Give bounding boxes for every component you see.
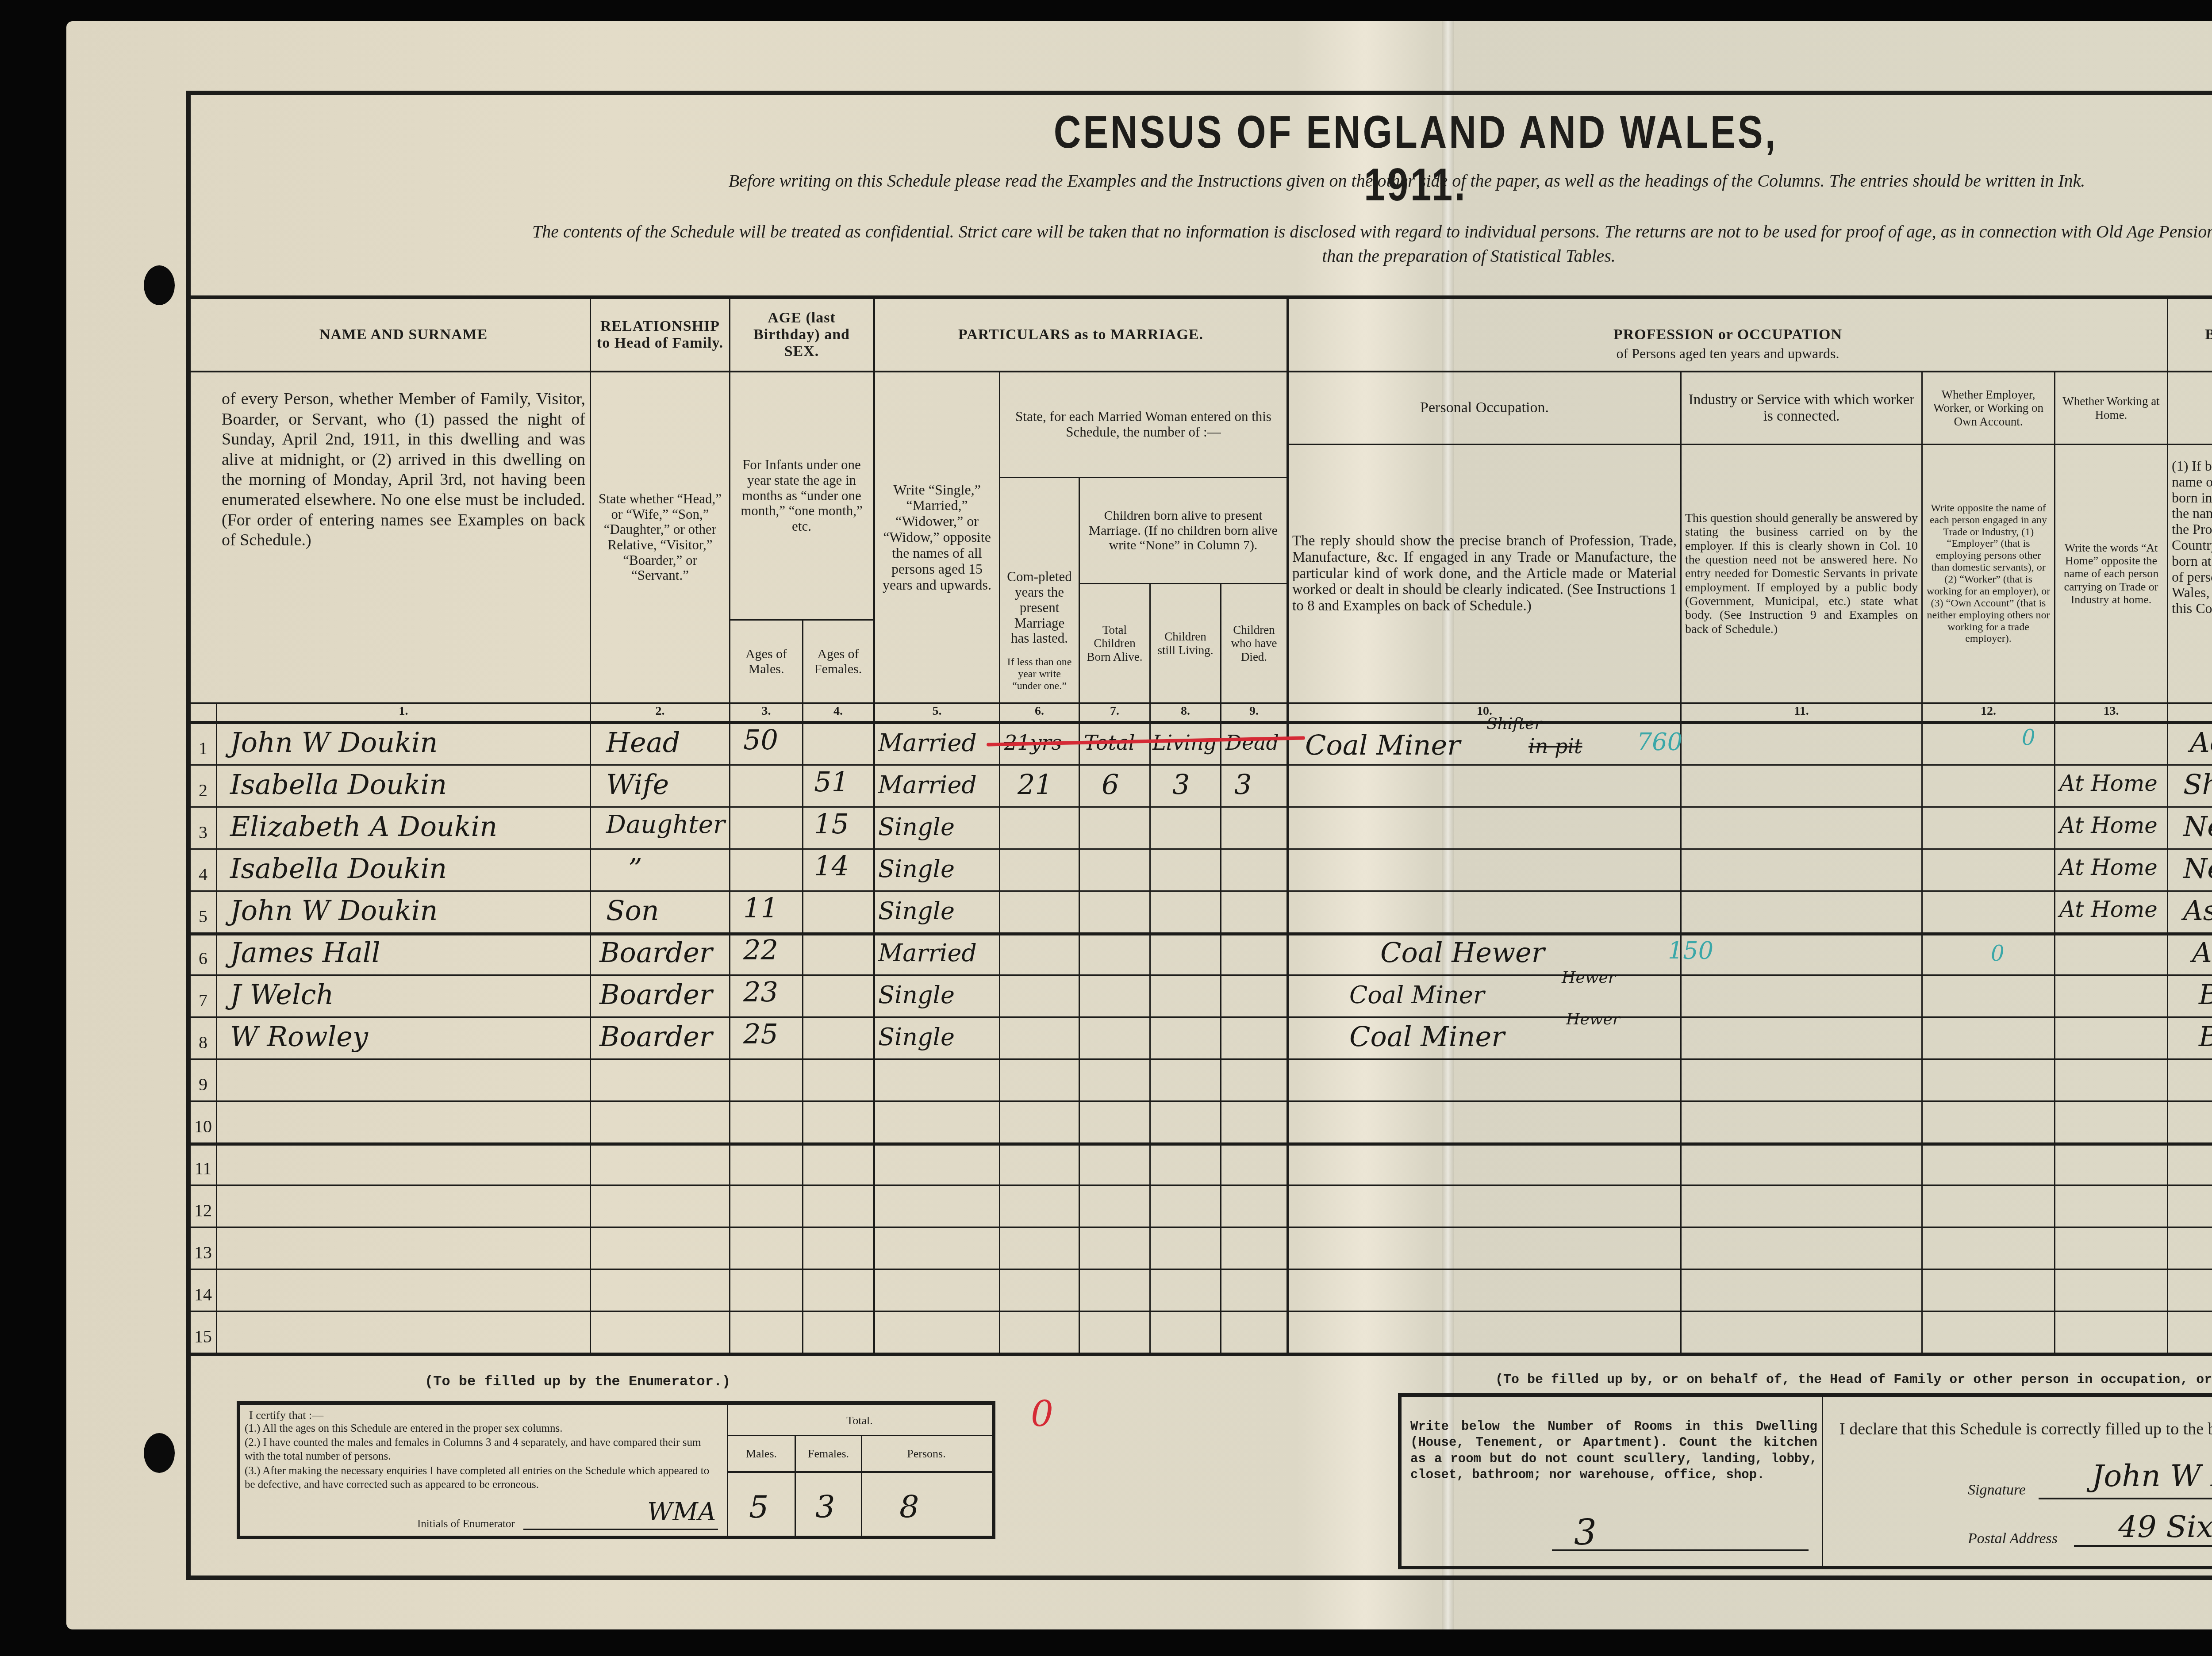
row2-at-home: At Home bbox=[2059, 770, 2158, 796]
col6-detail: Com-pleted years the present Marriage ha… bbox=[1000, 478, 1079, 646]
row7-occupation: Coal Miner bbox=[1349, 981, 1485, 1009]
col-number-13: 13. bbox=[2055, 704, 2167, 720]
row-rule bbox=[190, 1227, 2212, 1228]
row3-name: Elizabeth A Doukin bbox=[230, 810, 497, 843]
row5-marital: Single bbox=[878, 897, 955, 925]
row8-birthplace: Berwick bbox=[2199, 1020, 2212, 1053]
row1-died: Dead bbox=[1225, 731, 1279, 755]
declaration: I declare that this Schedule is correctl… bbox=[1839, 1419, 2212, 1440]
initials-label: Initials of Enumerator bbox=[417, 1517, 515, 1531]
col2-heading: RELATIONSHIP to Head of Family. bbox=[591, 299, 729, 371]
confidential-line-1: The contents of the Schedule will be tre… bbox=[212, 221, 2212, 242]
row5-birthplace: Ashington bbox=[2183, 894, 2212, 927]
row-number-9: 9 bbox=[190, 1074, 216, 1095]
row-rule bbox=[190, 1184, 2212, 1186]
page-title: CENSUS OF ENGLAND AND WALES, 1911. bbox=[1017, 106, 1815, 211]
col-number-2: 2. bbox=[591, 704, 729, 720]
row-number-2: 2 bbox=[190, 780, 216, 801]
rooms-instruction: Write below the Number of Rooms in this … bbox=[1410, 1419, 1817, 1483]
row-rule bbox=[190, 890, 2212, 892]
row-rule bbox=[190, 1016, 2212, 1018]
col-number-5: 5. bbox=[875, 704, 999, 720]
col-number-10: 10. bbox=[1289, 704, 1680, 720]
col3-4-detail: For Infants under one year state the age… bbox=[730, 372, 873, 619]
data-top-rule bbox=[186, 721, 2212, 724]
certify-item-2: (2.) I have counted the males and female… bbox=[245, 1436, 722, 1464]
enumerator-box: I certify that :— (1.) All the ages on t… bbox=[237, 1401, 995, 1539]
row8-age-male: 25 bbox=[743, 1018, 778, 1050]
enumerator-heading: (To be filled up by the Enumerator.) bbox=[425, 1373, 730, 1390]
row8-name: W Rowley bbox=[230, 1020, 368, 1053]
col10-title: Personal Occupation. bbox=[1289, 372, 1680, 444]
males-total: 5 bbox=[749, 1489, 769, 1525]
row6-relationship: Boarder bbox=[599, 936, 713, 969]
certify-intro: I certify that :— bbox=[249, 1408, 323, 1423]
row-number-4: 4 bbox=[190, 864, 216, 885]
persons-label: Persons. bbox=[862, 1447, 991, 1461]
rownum-divider bbox=[216, 704, 217, 1353]
col6-note: If less than one year write “under one.” bbox=[1000, 646, 1079, 702]
row1-occupation-struck: in pit bbox=[1528, 734, 1582, 758]
row2-birthplace: Sheepwash bbox=[2183, 768, 2212, 801]
row1-enumerator-code: 760 bbox=[1637, 728, 1682, 756]
row7-age-male: 23 bbox=[743, 976, 778, 1008]
row-number-10: 10 bbox=[190, 1116, 216, 1137]
row-rule bbox=[190, 932, 2212, 935]
col-number-3: 3. bbox=[730, 704, 802, 720]
col5-detail: Write “Single,” “Married,” “Widower,” or… bbox=[875, 372, 999, 702]
row-rule bbox=[190, 806, 2212, 808]
head-section-divider bbox=[1822, 1397, 1823, 1566]
totals-rule-1 bbox=[728, 1435, 992, 1436]
col13-detail: Write the words “At Home” opposite the n… bbox=[2055, 445, 2167, 702]
col10-detail: The reply should show the precise branch… bbox=[1289, 445, 1680, 702]
col13-title: Whether Working at Home. bbox=[2055, 372, 2167, 444]
row-rule bbox=[190, 764, 2212, 766]
col2-detail: State whether “Head,” or “Wife,” “Son,” … bbox=[591, 372, 729, 702]
red-check-mark: 0 bbox=[1031, 1393, 1053, 1434]
row1-occupation-insert: Shifter bbox=[1486, 715, 1542, 733]
col-number-6: 6. bbox=[1000, 704, 1079, 720]
address-line bbox=[2074, 1545, 2212, 1547]
col-number-9: 9. bbox=[1221, 704, 1286, 720]
col7-detail: Total Children Born Alive. bbox=[1080, 584, 1149, 702]
row8-occupation-insert: Hewer bbox=[1566, 1010, 1620, 1028]
row2-age-female: 51 bbox=[814, 766, 849, 798]
head-section-box: Write below the Number of Rooms in this … bbox=[1398, 1393, 2212, 1569]
rooms-value: 3 bbox=[1574, 1512, 1597, 1553]
initials-value: WMA bbox=[647, 1498, 716, 1526]
table-bottom-rule bbox=[186, 1353, 2212, 1356]
row6-marital: Married bbox=[878, 939, 977, 967]
col-number-7: 7. bbox=[1080, 704, 1149, 720]
row3-marital: Single bbox=[878, 813, 955, 841]
row4-at-home: At Home bbox=[2059, 855, 2158, 880]
instruction-line: Before writing on this Schedule please r… bbox=[398, 170, 2212, 191]
row6-col12-mark: 0 bbox=[1991, 941, 2005, 966]
row6-name: James Hall bbox=[230, 936, 380, 969]
col9-detail: Children who have Died. bbox=[1221, 584, 1286, 702]
row-rule bbox=[190, 848, 2212, 850]
row7-birthplace: Berwick bbox=[2199, 978, 2212, 1011]
col10-13-subheading: of Persons aged ten years and upwards. bbox=[1289, 341, 2167, 367]
row-number-13: 13 bbox=[190, 1242, 216, 1263]
col-number-4: 4. bbox=[803, 704, 873, 720]
row-number-8: 8 bbox=[190, 1032, 216, 1053]
row-rule bbox=[190, 1311, 2212, 1312]
binding-hole-top bbox=[144, 265, 175, 305]
col4-subheading: Ages of Females. bbox=[803, 621, 873, 702]
col10-13-heading: PROFESSION or OCCUPATION bbox=[1289, 299, 2167, 343]
row2-total-born: 6 bbox=[1102, 768, 1119, 801]
row6-enumerator-code: 150 bbox=[1668, 937, 1713, 965]
col5-9-heading: PARTICULARS as to MARRIAGE. bbox=[875, 299, 1286, 371]
col-number-14: 14. bbox=[2168, 704, 2212, 720]
totals-rule-2 bbox=[728, 1471, 992, 1473]
col3-4-heading: AGE (last Birthday) and SEX. bbox=[730, 299, 873, 371]
persons-total: 8 bbox=[899, 1489, 919, 1525]
females-total: 3 bbox=[815, 1489, 835, 1525]
row8-relationship: Boarder bbox=[599, 1020, 713, 1053]
row5-relationship: Son bbox=[606, 894, 659, 927]
row5-name: John W Doukin bbox=[230, 894, 438, 927]
row3-age-female: 15 bbox=[814, 808, 849, 840]
row-number-3: 3 bbox=[190, 822, 216, 843]
males-label: Males. bbox=[728, 1447, 795, 1461]
col12-detail: Write opposite the name of each person e… bbox=[1923, 445, 2054, 702]
row4-relationship: ” bbox=[628, 852, 642, 885]
col14-detail: (1) If born in the United Kingdom, write… bbox=[2168, 372, 2212, 702]
col-divider-3-4 bbox=[802, 619, 803, 1353]
row6-occupation: Coal Hewer bbox=[1380, 936, 1544, 969]
signature-line bbox=[2039, 1498, 2212, 1499]
row-rule bbox=[190, 1100, 2212, 1102]
row3-relationship: Daughter bbox=[606, 810, 725, 839]
row-number-5: 5 bbox=[190, 906, 216, 927]
row-number-11: 11 bbox=[190, 1158, 216, 1179]
row8-occupation: Coal Miner bbox=[1349, 1020, 1505, 1053]
row1-col12-mark: 0 bbox=[2022, 725, 2035, 750]
row5-age-male: 11 bbox=[743, 892, 778, 924]
binding-hole-bottom bbox=[144, 1433, 175, 1473]
col-number-1: 1. bbox=[217, 704, 590, 720]
address-value: 49 Sixth Row Ashington bbox=[2118, 1510, 2212, 1545]
row7-marital: Single bbox=[878, 981, 955, 1009]
col12-title: Whether Employer, Worker, or Working on … bbox=[1923, 372, 2054, 444]
row-number-12: 12 bbox=[190, 1200, 216, 1221]
row4-age-female: 14 bbox=[814, 850, 849, 882]
col14-heading: BIRTHPLACE of every person. bbox=[2168, 299, 2212, 371]
row6-birthplace: Ashington bbox=[2192, 936, 2212, 969]
col8-detail: Children still Living. bbox=[1151, 584, 1220, 702]
col-number-12: 12. bbox=[1923, 704, 2054, 720]
row7-occupation-insert: Hewer bbox=[1562, 969, 1616, 987]
row-number-1: 1 bbox=[190, 738, 216, 759]
col11-detail: This question should generally be answer… bbox=[1682, 445, 1921, 702]
row2-died: 3 bbox=[1234, 768, 1252, 801]
col-number-8: 8. bbox=[1151, 704, 1220, 720]
initials-underline bbox=[523, 1529, 718, 1530]
row4-birthplace: New Hirst bbox=[2183, 852, 2212, 885]
rooms-underline bbox=[1552, 1549, 1809, 1551]
row2-marital: Married bbox=[878, 771, 977, 799]
row-rule bbox=[190, 1142, 2212, 1146]
row1-name: John W Doukin bbox=[230, 726, 438, 759]
signature-label: Signature bbox=[1968, 1481, 2026, 1500]
row-number-14: 14 bbox=[190, 1284, 216, 1305]
row2-living: 3 bbox=[1172, 768, 1190, 801]
row4-marital: Single bbox=[878, 855, 955, 883]
col3-subheading: Ages of Males. bbox=[730, 621, 802, 702]
row1-occupation: Coal Miner bbox=[1305, 729, 1460, 761]
married-woman-group: State, for each Married Woman entered on… bbox=[1000, 372, 1286, 477]
col1-detail: of every Person, whether Member of Famil… bbox=[217, 389, 590, 551]
row8-marital: Single bbox=[878, 1023, 955, 1051]
certify-item-1: (1.) All the ages on this Schedule are e… bbox=[245, 1422, 722, 1435]
certify-item-3: (3.) After making the necessary enquirie… bbox=[245, 1464, 722, 1492]
row-rule bbox=[190, 1269, 2212, 1270]
row1-birthplace: Achlington bbox=[2190, 726, 2212, 759]
col1-heading: NAME AND SURNAME bbox=[217, 299, 590, 371]
col-number-11: 11. bbox=[1682, 704, 1921, 720]
row-rule bbox=[190, 974, 2212, 976]
row7-name: J Welch bbox=[230, 978, 334, 1011]
row-number-15: 15 bbox=[190, 1326, 216, 1347]
row5-at-home: At Home bbox=[2059, 897, 2158, 922]
row2-name: Isabella Doukin bbox=[230, 768, 447, 801]
row1-relationship: Head bbox=[606, 726, 680, 759]
confidential-line-2: than the preparation of Statistical Tabl… bbox=[212, 245, 2212, 266]
row3-birthplace: New Hirst bbox=[2183, 810, 2212, 843]
row1-age-male: 50 bbox=[743, 724, 778, 756]
row7-relationship: Boarder bbox=[599, 978, 713, 1011]
head-section-heading: (To be filled up by, or on behalf of, th… bbox=[1495, 1372, 2212, 1388]
females-label: Females. bbox=[796, 1447, 861, 1461]
row-number-7: 7 bbox=[190, 990, 216, 1011]
row-rule bbox=[190, 1058, 2212, 1060]
signature-value: John W Doukin bbox=[2092, 1459, 2212, 1494]
table-top-rule bbox=[186, 295, 2212, 299]
col11-title: Industry or Service with which worker is… bbox=[1682, 372, 1921, 444]
row1-marital: Married bbox=[878, 729, 977, 757]
row6-age-male: 22 bbox=[743, 934, 778, 966]
address-label: Postal Address bbox=[1968, 1529, 2058, 1549]
row-number-6: 6 bbox=[190, 948, 216, 969]
row2-years-married: 21 bbox=[1018, 768, 1052, 801]
children-group: Children born alive to present Marriage.… bbox=[1080, 478, 1286, 583]
row3-at-home: At Home bbox=[2059, 813, 2158, 838]
totals-label: Total. bbox=[727, 1414, 992, 1428]
row4-name: Isabella Doukin bbox=[230, 852, 447, 885]
row2-relationship: Wife bbox=[606, 768, 669, 801]
